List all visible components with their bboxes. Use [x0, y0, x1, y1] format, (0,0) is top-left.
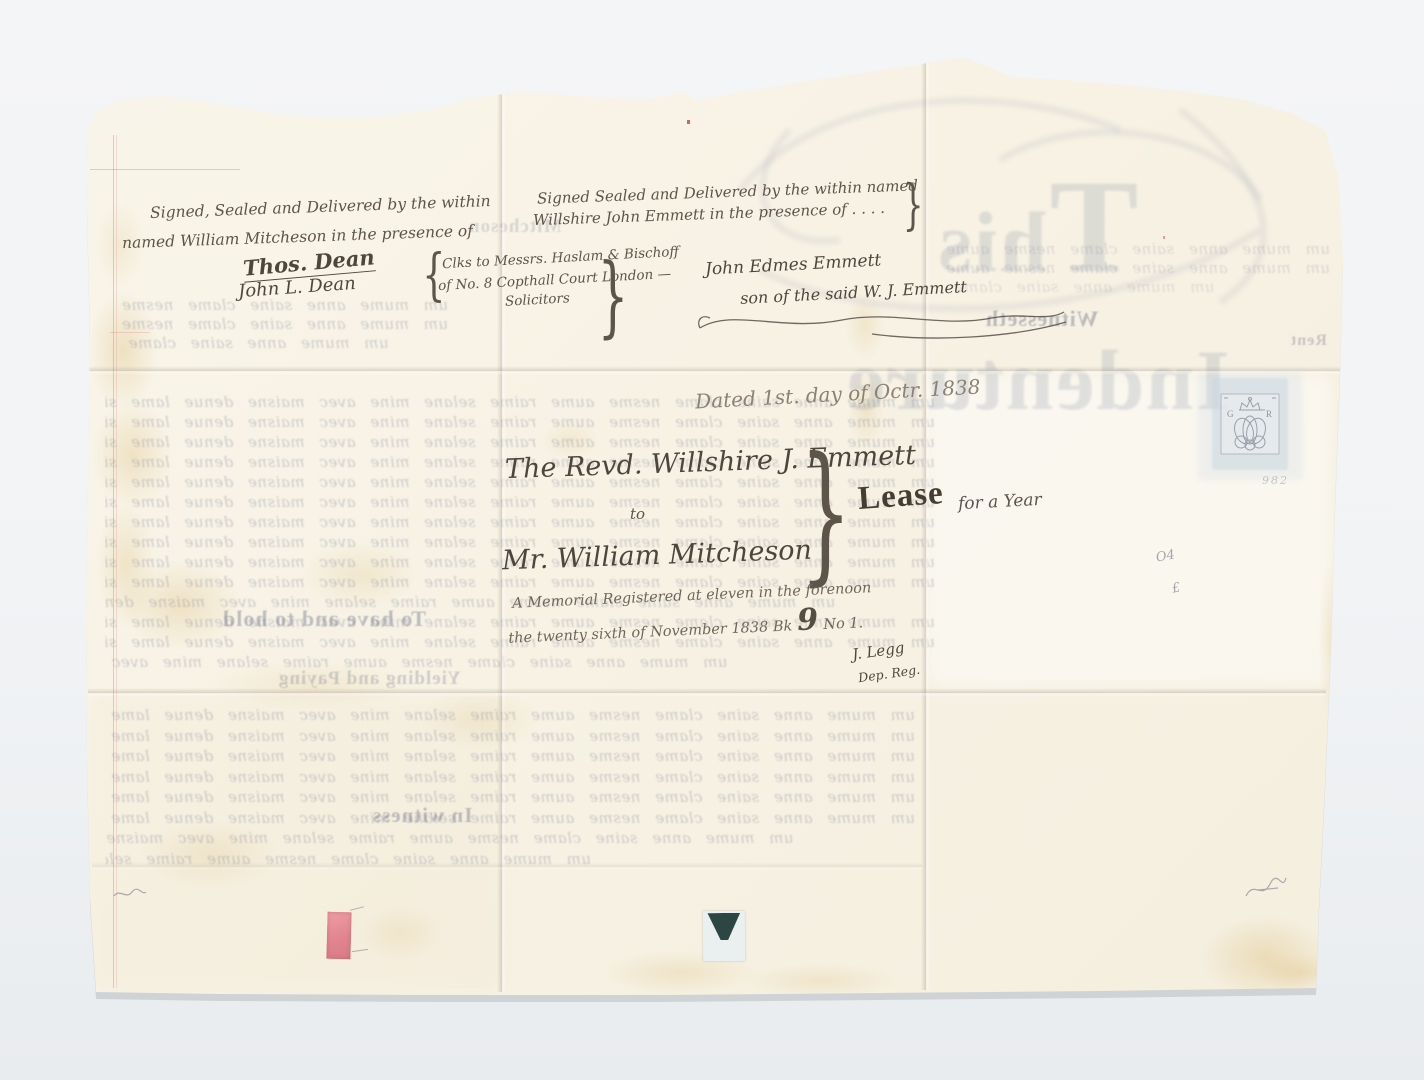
showthrough-block: um mume anne saine clame nesme aume raim… — [105, 705, 915, 869]
brace-close: } — [598, 252, 629, 340]
showthrough-block: um mume anne saine clame nesme aume raim… — [945, 240, 1330, 297]
pencil-note-982: 982 — [1262, 474, 1289, 487]
showthrough-line: um mume anne saine clame nesme aume raim… — [105, 808, 915, 829]
showthrough-line: um mume anne saine clame nesme aume raim… — [945, 240, 1330, 259]
red-ink-dash — [1331, 111, 1339, 116]
attestation-left-line2: named William Mitcheson in the presence … — [122, 222, 473, 252]
parchment-document: This Indenture um mume anne saine clame … — [0, 0, 1424, 1080]
showthrough-line: um mume anne saine clame nesme aume raim… — [105, 767, 915, 788]
stamp-letter-r: R — [1266, 409, 1272, 419]
fold-crease-horizontal — [92, 862, 922, 871]
red-margin-line — [113, 135, 114, 988]
stamp-letter-g: G — [1227, 409, 1234, 419]
showthrough-line: um mume anne saine clame nesme aume raim… — [105, 726, 915, 747]
endorsement-title: Lease — [857, 475, 945, 518]
red-rule-line — [110, 332, 150, 333]
memorial-entry-number: No 1. — [823, 615, 864, 633]
showthrough-in-witness: In witness — [372, 803, 472, 828]
photo-backdrop: This Indenture um mume anne saine clame … — [0, 0, 1424, 1080]
party-connector: to — [630, 505, 645, 523]
brace-close: } — [799, 438, 851, 588]
witness-signature-flourish — [692, 298, 1072, 343]
memorial-book-number: 9 — [796, 602, 818, 638]
green-ribbon-seal — [707, 913, 741, 940]
brace-close: } — [903, 178, 924, 232]
pencil-squiggle-right — [1244, 874, 1288, 902]
clerk-address-line3: Solicitors — [505, 290, 571, 309]
red-margin-line — [116, 135, 117, 988]
showthrough-line: um mume anne saine clame nesme aume raim… — [945, 278, 1215, 297]
showthrough-line: um mume anne saine clame nesme aume raim… — [105, 746, 915, 767]
red-rule-line — [90, 169, 240, 170]
seal-paper-patch — [703, 911, 745, 961]
stain — [355, 903, 445, 963]
showthrough-line: um mume anne saine clame nesme aume raim… — [105, 828, 794, 849]
showthrough-line: um mume anne saine clame nesme aume raim… — [945, 259, 1330, 278]
attestation-left-line1: Signed, Sealed and Delivered by the with… — [150, 192, 491, 222]
red-ink-speck — [1163, 236, 1165, 239]
showthrough-line: um mume anne saine clame nesme aume raim… — [118, 315, 448, 334]
showthrough-block: um mume anne saine clame nesme aume raim… — [118, 296, 448, 353]
embossed-duty-stamp: G R — [1218, 390, 1282, 458]
fold-crease-horizontal — [88, 688, 1326, 697]
pencil-squiggle-left — [112, 886, 148, 902]
showthrough-line: um mume anne saine clame nesme aume raim… — [118, 334, 389, 353]
stain — [1255, 953, 1345, 993]
fold-crease-vertical — [497, 90, 506, 992]
red-ink-speck — [687, 120, 690, 124]
stain — [740, 963, 900, 998]
showthrough-to-have-and-to-hold: To have and to hold — [222, 606, 426, 632]
showthrough-line: um mume anne saine clame nesme aume raim… — [105, 787, 915, 808]
showthrough-yielding-and-paying: Yielding and Paying — [278, 668, 461, 690]
fold-crease-horizontal — [88, 366, 1340, 375]
showthrough-line: um mume anne saine clame nesme aume raim… — [105, 705, 915, 726]
pink-wax-wafer — [326, 912, 351, 960]
showthrough-rent: Rent — [1290, 332, 1327, 350]
